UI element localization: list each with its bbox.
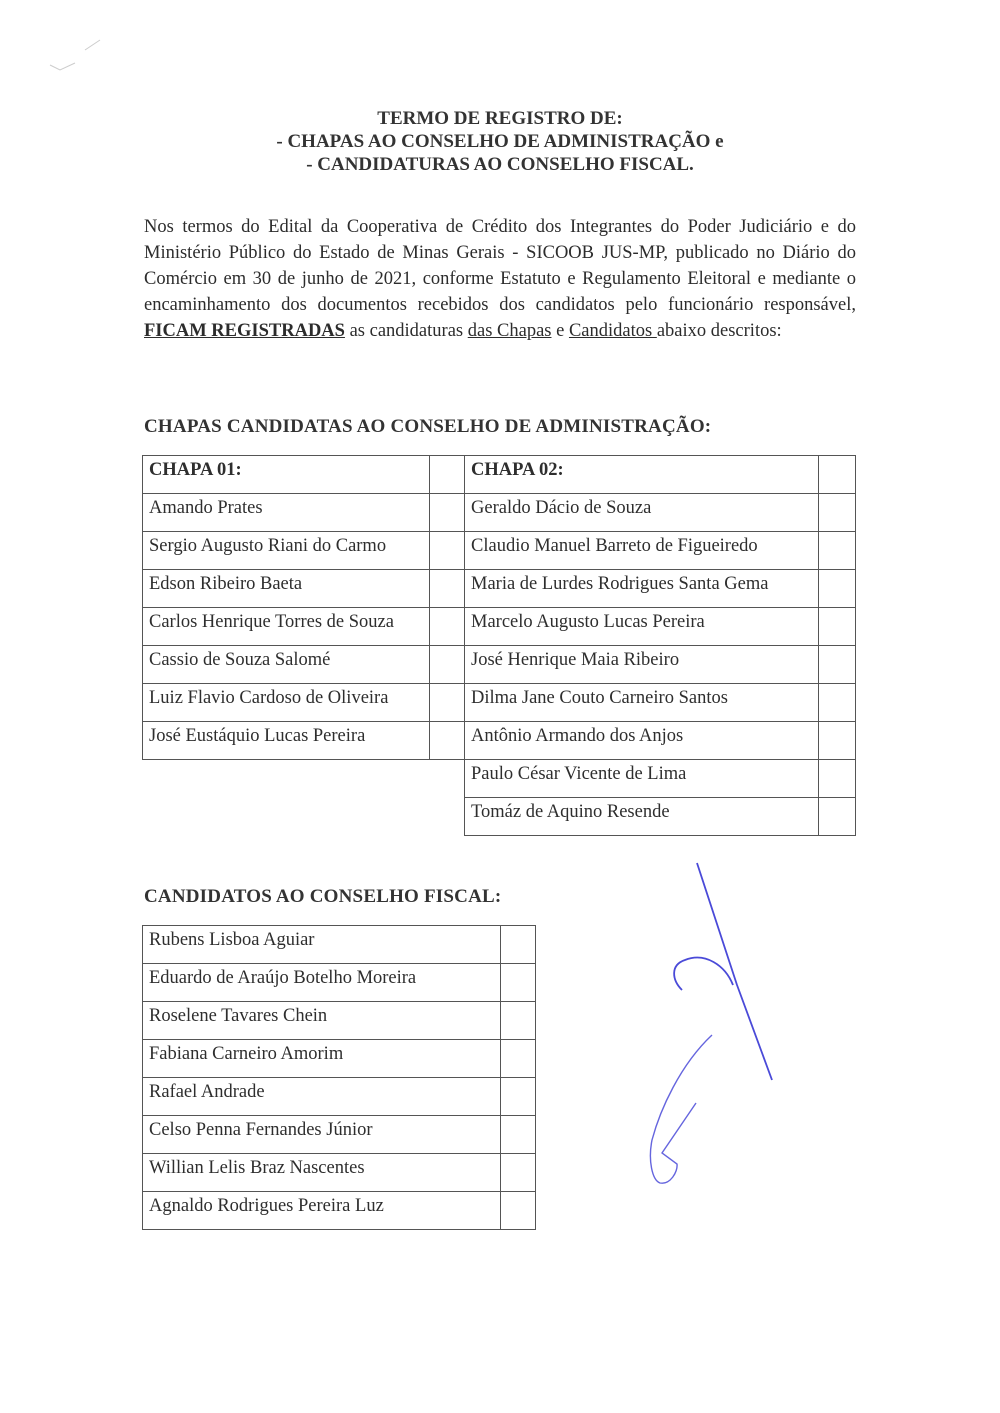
chapa-01-member-name: Edson Ribeiro Baeta bbox=[143, 570, 430, 608]
blank-cell bbox=[819, 456, 856, 494]
chapa-02-member-name: Antônio Armando dos Anjos bbox=[465, 722, 819, 760]
blank-cell bbox=[819, 494, 856, 532]
blank-cell bbox=[819, 532, 856, 570]
fiscal-member-name: Rafael Andrade bbox=[143, 1078, 501, 1116]
blank-cell bbox=[501, 1078, 536, 1116]
blank-cell bbox=[430, 456, 465, 494]
chapa-02-member-name: Marcelo Augusto Lucas Pereira bbox=[465, 608, 819, 646]
chapa-01-member-name: Luiz Flavio Cardoso de Oliveira bbox=[143, 684, 430, 722]
chapa-01-member-name: Carlos Henrique Torres de Souza bbox=[143, 608, 430, 646]
blank-cell bbox=[819, 760, 856, 798]
table-row: Willian Lelis Braz Nascentes bbox=[143, 1154, 536, 1192]
chapa-02-header-row: CHAPA 02: bbox=[465, 456, 856, 494]
fiscal-member-name: Roselene Tavares Chein bbox=[143, 1002, 501, 1040]
table-row: Agnaldo Rodrigues Pereira Luz bbox=[143, 1192, 536, 1230]
table-row: Amando Prates bbox=[143, 494, 465, 532]
blank-cell bbox=[430, 646, 465, 684]
chapa-02-member-name: Maria de Lurdes Rodrigues Santa Gema bbox=[465, 570, 819, 608]
blank-cell bbox=[430, 684, 465, 722]
chapa-02-member-name: Dilma Jane Couto Carneiro Santos bbox=[465, 684, 819, 722]
fiscal-table: Rubens Lisboa AguiarEduardo de Araújo Bo… bbox=[142, 925, 536, 1230]
chapa-01-member-name: Cassio de Souza Salomé bbox=[143, 646, 430, 684]
blank-cell bbox=[819, 608, 856, 646]
blank-cell bbox=[501, 1040, 536, 1078]
table-row: Tomáz de Aquino Resende bbox=[465, 798, 856, 836]
fiscal-member-name: Celso Penna Fernandes Júnior bbox=[143, 1116, 501, 1154]
chapa-01-header: CHAPA 01: bbox=[143, 456, 430, 494]
blank-cell bbox=[430, 722, 465, 760]
chapa-02-member-name: Geraldo Dácio de Souza bbox=[465, 494, 819, 532]
blank-cell bbox=[501, 1154, 536, 1192]
table-row: Dilma Jane Couto Carneiro Santos bbox=[465, 684, 856, 722]
blank-cell bbox=[819, 684, 856, 722]
fiscal-member-name: Rubens Lisboa Aguiar bbox=[143, 926, 501, 964]
blank-cell bbox=[819, 722, 856, 760]
blank-cell bbox=[819, 570, 856, 608]
table-row: Rubens Lisboa Aguiar bbox=[143, 926, 536, 964]
intro-paragraph: Nos termos do Edital da Cooperativa de C… bbox=[144, 214, 856, 344]
chapa-01-member-name: José Eustáquio Lucas Pereira bbox=[143, 722, 430, 760]
blank-cell bbox=[501, 964, 536, 1002]
intro-text-1: Nos termos do Edital da Cooperativa de C… bbox=[144, 217, 856, 315]
stray-pen-mark bbox=[20, 25, 130, 75]
title-line-1: TERMO DE REGISTRO DE: bbox=[0, 107, 1000, 130]
blank-cell bbox=[819, 798, 856, 836]
blank-cell bbox=[501, 1002, 536, 1040]
chapa-02-member-name: Paulo César Vicente de Lima bbox=[465, 760, 819, 798]
intro-text-3: e bbox=[551, 321, 568, 341]
chapa-02-member-name: Tomáz de Aquino Resende bbox=[465, 798, 819, 836]
table-row: Rafael Andrade bbox=[143, 1078, 536, 1116]
blank-cell bbox=[819, 646, 856, 684]
intro-text-4: abaixo descritos: bbox=[657, 321, 782, 341]
handwritten-signature bbox=[600, 850, 820, 1200]
table-row: Antônio Armando dos Anjos bbox=[465, 722, 856, 760]
table-row: Carlos Henrique Torres de Souza bbox=[143, 608, 465, 646]
chapa-02-member-name: José Henrique Maia Ribeiro bbox=[465, 646, 819, 684]
table-row: Fabiana Carneiro Amorim bbox=[143, 1040, 536, 1078]
table-row: Maria de Lurdes Rodrigues Santa Gema bbox=[465, 570, 856, 608]
document-title: TERMO DE REGISTRO DE: - CHAPAS AO CONSEL… bbox=[0, 107, 1000, 176]
chapa-01-member-name: Amando Prates bbox=[143, 494, 430, 532]
chapas-underlined: das Chapas bbox=[468, 321, 552, 341]
table-row: Geraldo Dácio de Souza bbox=[465, 494, 856, 532]
blank-cell bbox=[430, 608, 465, 646]
chapa-01-header-row: CHAPA 01: bbox=[143, 456, 465, 494]
fiscal-member-name: Fabiana Carneiro Amorim bbox=[143, 1040, 501, 1078]
table-row: Roselene Tavares Chein bbox=[143, 1002, 536, 1040]
fiscal-member-name: Eduardo de Araújo Botelho Moreira bbox=[143, 964, 501, 1002]
chapa-02-header: CHAPA 02: bbox=[465, 456, 819, 494]
chapa-01-member-name: Sergio Augusto Riani do Carmo bbox=[143, 532, 430, 570]
blank-cell bbox=[430, 570, 465, 608]
table-row: Paulo César Vicente de Lima bbox=[465, 760, 856, 798]
chapa-01-table: CHAPA 01:Amando PratesSergio Augusto Ria… bbox=[142, 455, 465, 760]
blank-cell bbox=[430, 532, 465, 570]
blank-cell bbox=[501, 1192, 536, 1230]
table-row: Marcelo Augusto Lucas Pereira bbox=[465, 608, 856, 646]
blank-cell bbox=[501, 926, 536, 964]
table-row: Edson Ribeiro Baeta bbox=[143, 570, 465, 608]
table-row: Celso Penna Fernandes Júnior bbox=[143, 1116, 536, 1154]
table-row: Sergio Augusto Riani do Carmo bbox=[143, 532, 465, 570]
fiscal-heading: CANDIDATOS AO CONSELHO FISCAL: bbox=[144, 886, 501, 908]
table-row: Claudio Manuel Barreto de Figueiredo bbox=[465, 532, 856, 570]
table-row: Cassio de Souza Salomé bbox=[143, 646, 465, 684]
fiscal-member-name: Willian Lelis Braz Nascentes bbox=[143, 1154, 501, 1192]
table-row: José Eustáquio Lucas Pereira bbox=[143, 722, 465, 760]
blank-cell bbox=[501, 1116, 536, 1154]
blank-cell bbox=[430, 494, 465, 532]
fiscal-member-name: Agnaldo Rodrigues Pereira Luz bbox=[143, 1192, 501, 1230]
administration-heading: CHAPAS CANDIDATAS AO CONSELHO DE ADMINIS… bbox=[144, 416, 711, 438]
chapa-02-member-name: Claudio Manuel Barreto de Figueiredo bbox=[465, 532, 819, 570]
table-row: Luiz Flavio Cardoso de Oliveira bbox=[143, 684, 465, 722]
table-row: Eduardo de Araújo Botelho Moreira bbox=[143, 964, 536, 1002]
candidatos-underlined: Candidatos bbox=[569, 321, 657, 341]
registered-emphasis: FICAM REGISTRADAS bbox=[144, 321, 345, 341]
title-line-3: - CANDIDATURAS AO CONSELHO FISCAL. bbox=[0, 153, 1000, 176]
table-row: José Henrique Maia Ribeiro bbox=[465, 646, 856, 684]
title-line-2: - CHAPAS AO CONSELHO DE ADMINISTRAÇÃO e bbox=[0, 130, 1000, 153]
intro-text-2: as candidaturas bbox=[345, 321, 468, 341]
chapa-02-table: CHAPA 02:Geraldo Dácio de SouzaClaudio M… bbox=[464, 455, 856, 836]
